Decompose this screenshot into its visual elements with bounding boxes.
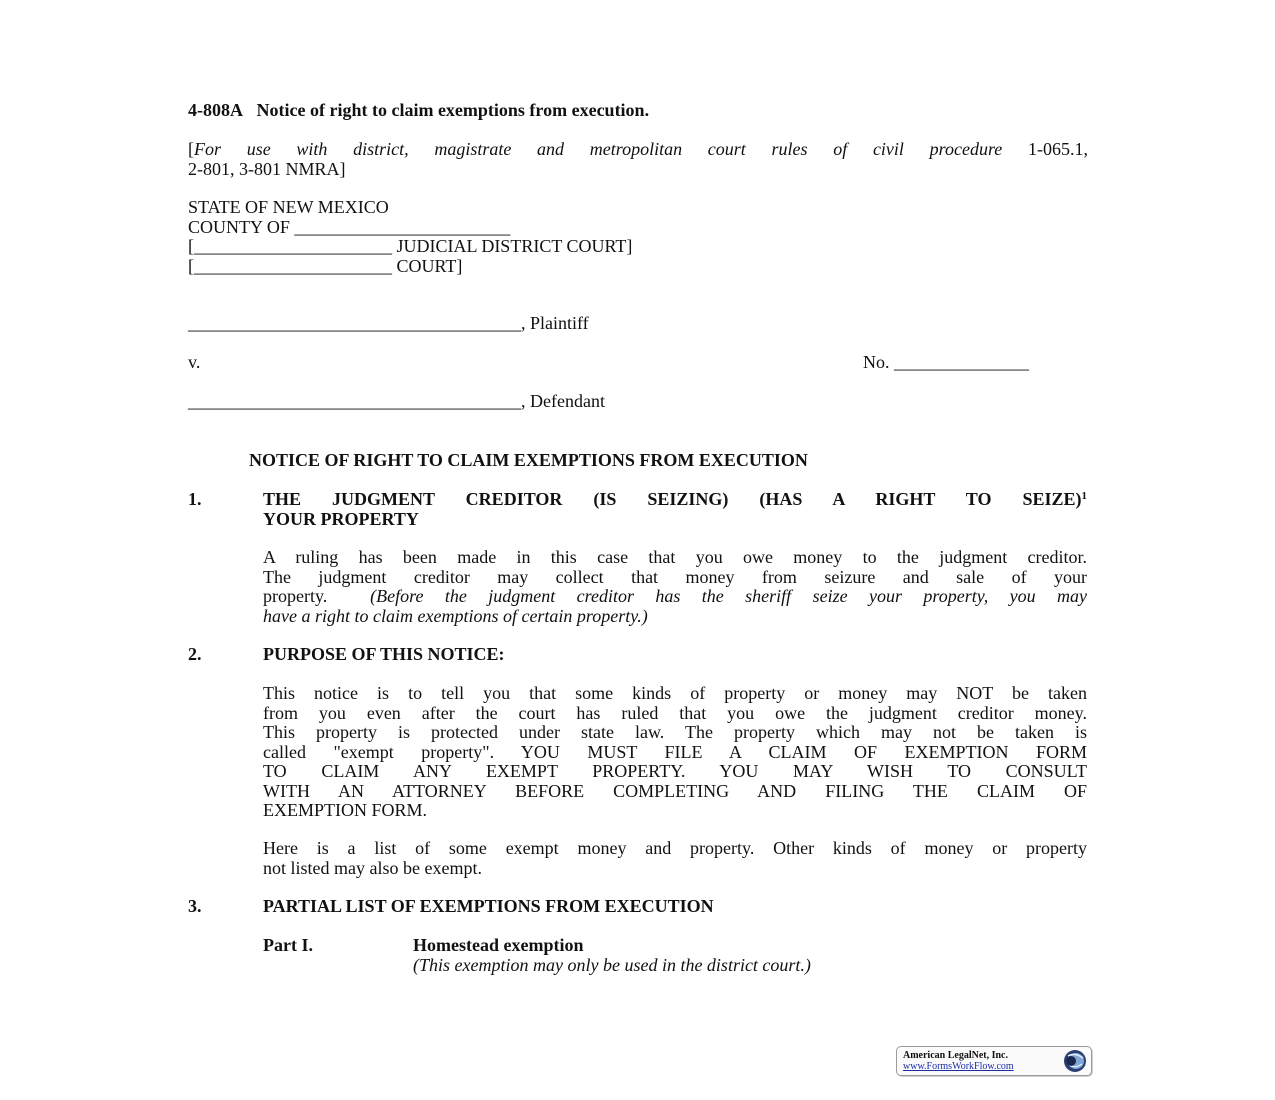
district-court-field[interactable]: [______________________ JUDICIAL DISTRIC… <box>188 237 632 257</box>
section-2-line: This notice is to tell you that some kin… <box>263 684 1087 704</box>
company-name: American LegalNet, Inc. <box>903 1050 1008 1061</box>
rule-title: Notice of right to claim exemptions from… <box>257 100 650 120</box>
part-1-note: (This exemption may only be used in the … <box>413 956 811 976</box>
notice-heading: NOTICE OF RIGHT TO CLAIM EXEMPTIONS FROM… <box>249 451 808 471</box>
section-3-number: 3. <box>188 897 202 917</box>
globe-icon <box>1062 1049 1088 1073</box>
section-1-line: property. (Before the judgment creditor … <box>263 587 1087 607</box>
usage-note-line-1: [For use with district, magistrate and m… <box>188 140 1088 160</box>
section-1-body: A ruling has been made in this case that… <box>263 548 1087 626</box>
court-field[interactable]: [______________________ COURT] <box>188 257 632 277</box>
american-legalnet-logo[interactable]: American LegalNet, Inc. www.FormsWorkFlo… <box>896 1046 1092 1076</box>
section-2-line: called "exempt property". YOU MUST FILE … <box>263 743 1087 763</box>
section-2-list-intro: Here is a list of some exempt money and … <box>263 839 1087 878</box>
defendant-field[interactable]: _____________________________________, D… <box>188 392 605 412</box>
section-2-line: from you even after the court has ruled … <box>263 704 1087 724</box>
section-1-line: have a right to claim exemptions of cert… <box>263 607 1087 627</box>
section-2-number: 2. <box>188 645 202 665</box>
plaintiff-field[interactable]: _____________________________________, P… <box>188 314 589 334</box>
rule-title-line: 4-808A Notice of right to claim exemptio… <box>188 101 649 121</box>
rule-number: 4-808A <box>188 100 243 120</box>
section-1-number: 1. <box>188 490 202 510</box>
usage-note: [For use with district, magistrate and m… <box>188 140 1088 179</box>
part-1-label: Part I. <box>263 936 313 956</box>
list-intro-line: not listed may also be exempt. <box>263 859 1087 879</box>
section-1-title-line-2: YOUR PROPERTY <box>263 510 1087 530</box>
list-intro-line: Here is a list of some exempt money and … <box>263 839 1087 859</box>
section-1-title-line-1: THE JUDGMENT CREDITOR (IS SEIZING) (HAS … <box>263 489 1082 509</box>
section-1-line: The judgment creditor may collect that m… <box>263 568 1087 588</box>
footnote-marker[interactable]: 1 <box>1082 490 1088 502</box>
section-2-line: TO CLAIM ANY EXEMPT PROPERTY. YOU MAY WI… <box>263 762 1087 782</box>
section-2-line: WITH AN ATTORNEY BEFORE COMPLETING AND F… <box>263 782 1087 802</box>
section-3-title: PARTIAL LIST OF EXEMPTIONS FROM EXECUTIO… <box>263 897 714 917</box>
county-field[interactable]: COUNTY OF ________________________ <box>188 218 632 238</box>
part-1-title: Homestead exemption <box>413 936 583 956</box>
website-link[interactable]: www.FormsWorkFlow.com <box>903 1061 1014 1072</box>
usage-note-line-2: 2-801, 3-801 NMRA] <box>188 160 1088 180</box>
section-2-body: This notice is to tell you that some kin… <box>263 684 1087 821</box>
case-number-field[interactable]: No. _______________ <box>863 353 1029 373</box>
section-1-title: THE JUDGMENT CREDITOR (IS SEIZING) (HAS … <box>263 490 1087 529</box>
section-2-line: EXEMPTION FORM. <box>263 801 1087 821</box>
state-line: STATE OF NEW MEXICO <box>188 198 632 218</box>
court-caption: STATE OF NEW MEXICO COUNTY OF __________… <box>188 198 632 276</box>
section-1-line: A ruling has been made in this case that… <box>263 548 1087 568</box>
versus-label: v. <box>188 353 200 373</box>
section-2-title: PURPOSE OF THIS NOTICE: <box>263 645 505 665</box>
section-2-line: This property is protected under state l… <box>263 723 1087 743</box>
